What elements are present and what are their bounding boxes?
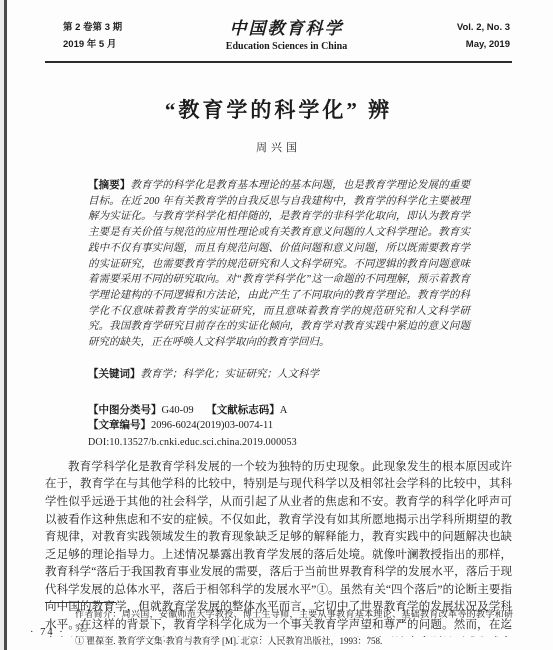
article-id-label: 【文章编号】 <box>88 419 151 431</box>
article-id-value: 2096-6024(2019)03-0074-11 <box>151 420 273 431</box>
issue-volume-cn: 第 2 卷第 3 期 <box>63 19 173 36</box>
clc-label: 【中图分类号】 <box>88 404 162 416</box>
page-number: · 74 · <box>30 627 65 638</box>
keywords-label: 【关键词】 <box>88 368 141 380</box>
page-content: 第 2 卷第 3 期 2019 年 5 月 中国教育科学 Education S… <box>45 0 512 637</box>
issue-info-cn: 第 2 卷第 3 期 2019 年 5 月 <box>45 19 173 53</box>
reference-footnote: ① 瞿葆奎. 教育学文集·教育与教育学 [M]. 北京：人民教育出版社，1993… <box>75 635 513 649</box>
article-id-pair: 【文章编号】2096-6024(2019)03-0074-11 <box>88 420 273 431</box>
doc-code-value: A <box>280 405 288 416</box>
author-bio-footnote: 作者简介：周兴国，安徽师范大学教授、博士生导师，主要从事教育基本理论、基础教育改… <box>75 608 513 635</box>
issue-date-cn: 2019 年 5 月 <box>63 36 173 53</box>
issue-date-en: May, 2019 <box>400 36 510 53</box>
keywords: 【关键词】教育学；科学化；实证研究；人文科学 <box>88 366 470 381</box>
footnotes-block: 作者简介：周兴国，安徽师范大学教授、博士生导师，主要从事教育基本理论、基础教育改… <box>75 608 513 649</box>
journal-name-en: Education Sciences in China <box>173 39 400 54</box>
header-rule <box>45 61 512 63</box>
abstract: 【摘要】教育学的科学化是教育基本理论的基本问题，也是教育学理论发展的重要目标。在… <box>88 178 470 351</box>
issue-volume-en: Vol. 2, No. 3 <box>400 19 510 36</box>
doc-code-pair: 【文献标志码】A <box>206 405 287 416</box>
journal-header: 第 2 卷第 3 期 2019 年 5 月 中国教育科学 Education S… <box>45 0 512 54</box>
article-title: “教育学的科学化” 辨 <box>45 94 512 124</box>
abstract-label: 【摘要】 <box>88 179 130 191</box>
doc-code-label: 【文献标志码】 <box>206 404 280 416</box>
article-author: 周兴国 <box>45 139 512 155</box>
issue-info-en: Vol. 2, No. 3 May, 2019 <box>400 19 512 53</box>
clc-pair: 【中图分类号】G40-09 <box>88 405 194 416</box>
abstract-block: 【摘要】教育学的科学化是教育基本理论的基本问题，也是教育学理论发展的重要目标。在… <box>88 178 470 448</box>
abstract-text: 教育学的科学化是教育基本理论的基本问题，也是教育学理论发展的重要目标。在近 20… <box>88 180 470 348</box>
doi: DOI:10.13527/b.cnki.educ.sci.china.2019.… <box>88 437 470 448</box>
journal-name-block: 中国教育科学 Education Sciences in China <box>173 19 400 54</box>
footnote-separator <box>45 602 116 603</box>
scan-edge-strip <box>0 0 10 650</box>
keywords-text: 教育学；科学化；实证研究；人文科学 <box>141 369 320 380</box>
journal-name-cn: 中国教育科学 <box>173 19 400 39</box>
clc-value: G40-09 <box>162 405 194 416</box>
journal-page: 第 2 卷第 3 期 2019 年 5 月 中国教育科学 Education S… <box>0 0 553 650</box>
classification-line: 【中图分类号】G40-09 【文献标志码】A 【文章编号】2096-6024(2… <box>88 402 470 432</box>
